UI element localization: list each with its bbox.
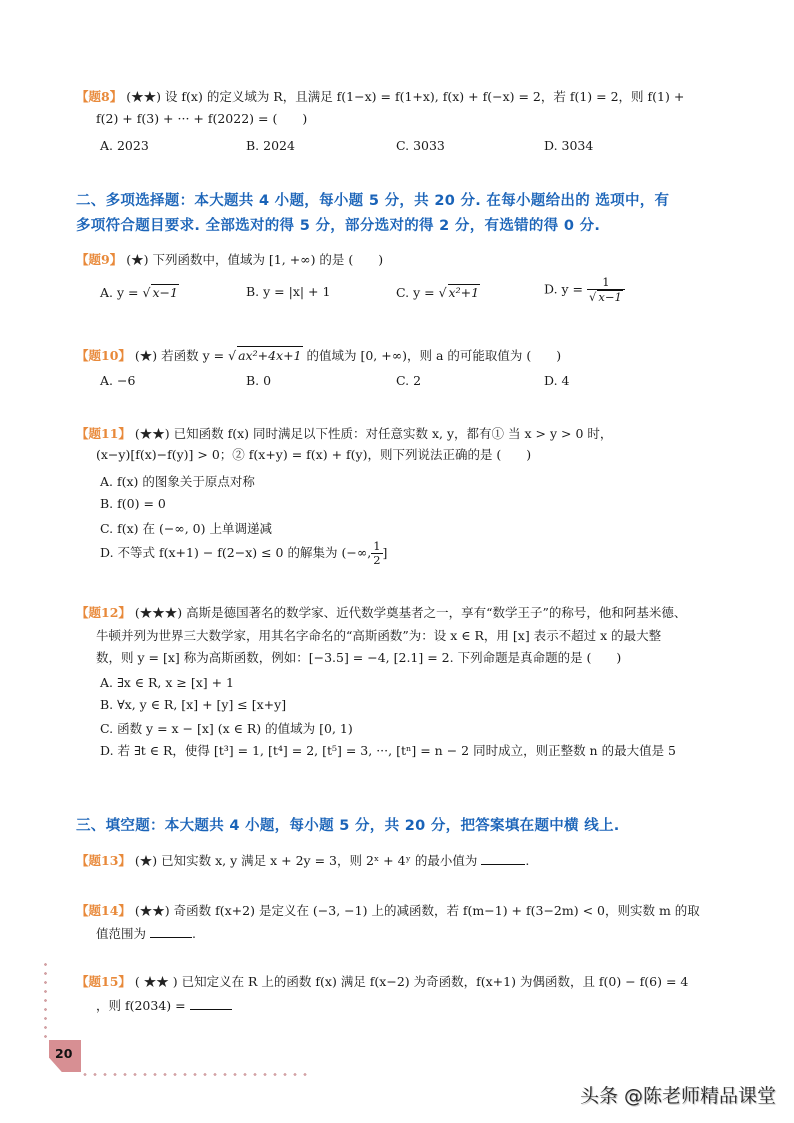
sqrt-symbol: √ [142, 285, 150, 300]
q15-difficulty: ( ★★ ) [135, 974, 178, 989]
q12-line1: 【题12】 (★★★) 高斯是德国著名的数学家、近代数学奠基者之一，享有“数学王… [76, 604, 686, 622]
q15-answer-blank[interactable] [190, 997, 232, 1010]
q10-difficulty: (★) [135, 348, 157, 363]
q14-line2: 值范围为 . [96, 925, 196, 943]
q8-line1: 【题8】 (★★) 设 f(x) 的定义域为 R，且满足 f(1−x) = f(… [76, 88, 684, 106]
q12-option-a: A. ∃x ∈ R, x ≥ [x] + 1 [100, 675, 234, 690]
section2-heading-line2: 多项符合题目要求. 全部选对的得 5 分，部分选对的得 2 分，有选错的得 0 … [76, 216, 600, 236]
page-border-dots-vertical [44, 960, 47, 1040]
q12-line2: 牛顿并列为世界三大数学家，用其名字命名的“高斯函数”为：设 x ∈ R，用 [x… [96, 627, 661, 645]
fraction: 1 √x−1 [587, 276, 625, 304]
q8-option-c: C. 3033 [396, 138, 445, 153]
q9-option-a: A. y = √x−1 [100, 284, 179, 300]
q12-line3: 数，则 y = [x] 称为高斯函数，例如：[−3.5] = −4, [2.1]… [96, 649, 621, 667]
q14-answer-blank[interactable] [150, 925, 192, 938]
q15-line1: 【题15】 ( ★★ ) 已知定义在 R 上的函数 f(x) 满足 f(x−2)… [76, 973, 688, 991]
q13-tag: 【题13】 [76, 853, 131, 868]
q11-line2: (x−y)[f(x)−f(y)] > 0；② f(x+y) = f(x) + f… [96, 446, 531, 464]
q12-option-b: B. ∀x, y ∈ R, [x] + [y] ≤ [x+y] [100, 697, 286, 712]
q9-text: 下列函数中，值域为 [1, +∞) 的是 ( ) [152, 252, 383, 267]
q9-line1: 【题9】 (★) 下列函数中，值域为 [1, +∞) 的是 ( ) [76, 251, 383, 269]
q8-text: 设 f(x) 的定义域为 R，且满足 f(1−x) = f(1+x), f(x)… [165, 89, 684, 104]
q8-line2: f(2) + f(3) + ··· + f(2022) = ( ) [96, 110, 307, 128]
q11-option-d: D. 不等式 f(x+1) − f(2−x) ≤ 0 的解集为 (−∞,12] [100, 540, 387, 567]
q10-option-d: D. 4 [544, 373, 569, 388]
q11-difficulty: (★★) [135, 426, 170, 441]
q14-line1: 【题14】 (★★) 奇函数 f(x+2) 是定义在 (−3, −1) 上的减函… [76, 902, 700, 920]
q12-option-c: C. 函数 y = x − [x] (x ∈ R) 的值域为 [0, 1) [100, 719, 353, 737]
q10-option-c: C. 2 [396, 373, 421, 388]
q11-option-c: C. f(x) 在 (−∞, 0) 上单调递减 [100, 519, 272, 537]
page-number: 20 [55, 1046, 72, 1061]
q14-tag: 【题14】 [76, 903, 131, 918]
q11-line1: 【题11】 (★★) 已知函数 f(x) 同时满足以下性质：对任意实数 x, y… [76, 425, 612, 443]
q10-tag: 【题10】 [76, 348, 131, 363]
q8-option-d: D. 3034 [544, 138, 593, 153]
q9-option-c: C. y = √x²+1 [396, 284, 480, 300]
q12-tag: 【题12】 [76, 605, 131, 620]
q8-tag: 【题8】 [76, 89, 122, 104]
q10-option-b: B. 0 [246, 373, 271, 388]
q12-option-d: D. 若 ∃t ∈ R，使得 [t³] = 1, [t⁴] = 2, [t⁵] … [100, 741, 676, 759]
q11-option-b: B. f(0) = 0 [100, 496, 166, 511]
q14-difficulty: (★★) [135, 903, 170, 918]
q8-option-b: B. 2024 [246, 138, 295, 153]
q10-option-a: A. −6 [100, 373, 135, 388]
q9-option-d: D. y = 1 √x−1 [544, 276, 625, 304]
q10-line1: 【题10】 (★) 若函数 y = √ax²+4x+1 的值域为 [0, +∞)… [76, 346, 561, 365]
q13-answer-blank[interactable] [481, 852, 525, 865]
q9-tag: 【题9】 [76, 252, 122, 267]
fraction: 12 [371, 540, 382, 567]
q13-difficulty: (★) [135, 853, 157, 868]
page-border-dots-horizontal [80, 1073, 312, 1076]
q9-difficulty: (★) [126, 252, 148, 267]
q13-line1: 【题13】 (★) 已知实数 x, y 满足 x + 2y = 3，则 2ˣ +… [76, 852, 529, 870]
q8-option-a: A. 2023 [100, 138, 149, 153]
q15-line2: ，则 f(2034) = [96, 997, 232, 1015]
q9-option-b: B. y = |x| + 1 [246, 284, 330, 299]
section3-heading: 三、填空题：本大题共 4 小题，每小题 5 分，共 20 分，把答案填在题中横 … [76, 816, 620, 836]
q11-option-a: A. f(x) 的图象关于原点对称 [100, 472, 255, 490]
q15-tag: 【题15】 [76, 974, 131, 989]
q11-tag: 【题11】 [76, 426, 131, 441]
section2-heading-line1: 二、多项选择题：本大题共 4 小题，每小题 5 分，共 20 分. 在每小题给出… [76, 191, 669, 211]
sqrt-symbol: √ [228, 348, 236, 363]
sqrt-symbol: √ [439, 285, 447, 300]
watermark: 头条 @陈老师精品课堂 [580, 1081, 776, 1108]
q12-difficulty: (★★★) [135, 605, 182, 620]
q8-difficulty: (★★) [126, 89, 161, 104]
